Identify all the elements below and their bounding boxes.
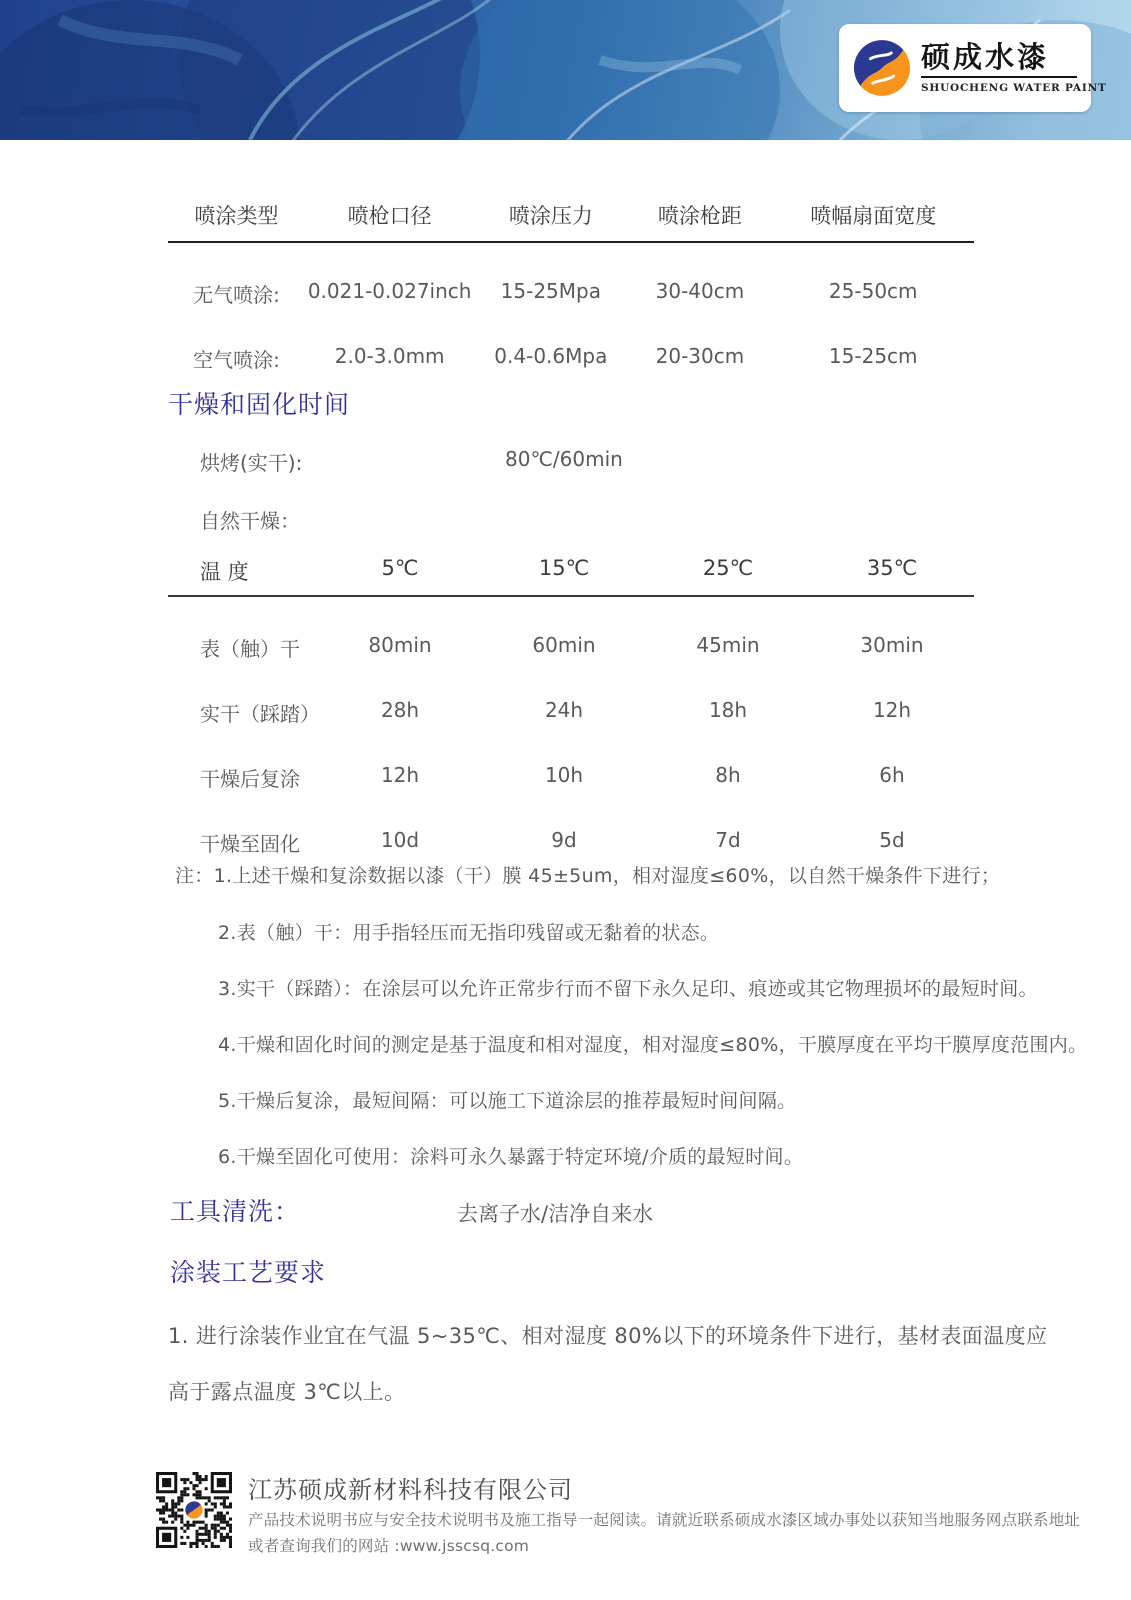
spray-cell: 15-25cm	[772, 344, 974, 373]
temp-col-header: 25℃	[646, 556, 810, 586]
spray-col-header: 喷幅扇面宽度	[772, 200, 974, 230]
spray-col-header: 喷涂类型	[168, 200, 305, 230]
footer-company-name: 江苏硕成新材料科技有限公司	[248, 1470, 573, 1505]
natural-dry-label: 自然干燥：	[200, 505, 300, 534]
temp-cell: 45min	[646, 633, 810, 662]
table-row: 干燥后复涂 12h 10h 8h 6h	[168, 763, 974, 792]
temp-col-header: 5℃	[318, 556, 482, 586]
temperature-table: 温 度 5℃ 15℃ 25℃ 35℃ 表（触）干 80min 60min 45m…	[168, 556, 974, 857]
qr-code	[156, 1472, 232, 1548]
tool-cleaning-value: 去离子水/洁净自来水	[457, 1198, 653, 1228]
header-banner: 硕成水漆 SHUOCHENG WATER PAINT	[0, 0, 1131, 140]
temp-cell: 28h	[318, 698, 482, 727]
bake-dry-label: 烘烤(实干):	[200, 447, 302, 476]
table-row: 空气喷涂: 2.0-3.0mm 0.4-0.6Mpa 20-30cm 15-25…	[168, 344, 974, 373]
temp-cell: 24h	[482, 698, 646, 727]
section-title-process: 涂装工艺要求	[170, 1253, 326, 1289]
spray-cell: 0.4-0.6Mpa	[474, 344, 627, 373]
spray-cell: 20-30cm	[627, 344, 772, 373]
note-line-1: 注：1.上述干燥和复涂数据以漆（干）膜 45±5um，相对湿度≤60%，以自然干…	[175, 861, 1000, 888]
brand-name-en: SHUOCHENG WATER PAINT	[921, 82, 1077, 94]
spray-cell: 2.0-3.0mm	[305, 344, 474, 373]
temp-col-header: 温 度	[168, 556, 318, 586]
note-line-5: 5.干燥后复涂，最短间隔：可以施工下道涂层的推荐最短时间间隔。	[218, 1086, 796, 1113]
spray-cell: 无气喷涂:	[168, 279, 305, 308]
note-line-4: 4.干燥和固化时间的测定是基于温度和相对湿度，相对湿度≤80%，干膜厚度在平均干…	[218, 1030, 1087, 1057]
spray-col-header: 喷涂压力	[474, 200, 627, 230]
temp-cell: 6h	[810, 763, 974, 792]
spray-table-header-row: 喷涂类型 喷枪口径 喷涂压力 喷涂枪距 喷幅扇面宽度	[168, 200, 974, 243]
notes-prefix: 注：	[175, 865, 214, 887]
note-text: 1.上述干燥和复涂数据以漆（干）膜 45±5um，相对湿度≤60%，以自然干燥条…	[214, 865, 1001, 887]
temp-cell: 7d	[646, 828, 810, 857]
process-paragraph-line-2: 高于露点温度 3℃以上。	[168, 1376, 405, 1406]
qr-center-logo-icon	[184, 1500, 204, 1520]
table-row: 干燥至固化 10d 9d 7d 5d	[168, 828, 974, 857]
temp-cell: 80min	[318, 633, 482, 662]
brand-logo-box: 硕成水漆 SHUOCHENG WATER PAINT	[839, 24, 1091, 112]
temp-cell: 12h	[810, 698, 974, 727]
brand-name-cn: 硕成水漆	[921, 42, 1077, 79]
spray-col-header: 喷枪口径	[305, 200, 474, 230]
temp-col-header: 15℃	[482, 556, 646, 586]
temp-cell: 30min	[810, 633, 974, 662]
section-title-tool-cleaning: 工具清洗：	[170, 1192, 300, 1228]
temp-col-header: 35℃	[810, 556, 974, 586]
spray-cell: 15-25Mpa	[474, 279, 627, 308]
note-line-2: 2.表（触）干：用手指轻压而无指印残留或无黏着的状态。	[218, 918, 719, 945]
temp-cell: 8h	[646, 763, 810, 792]
temp-cell: 10h	[482, 763, 646, 792]
temp-cell: 干燥至固化	[168, 828, 318, 857]
temp-cell: 10d	[318, 828, 482, 857]
table-row: 无气喷涂: 0.021-0.027inch 15-25Mpa 30-40cm 2…	[168, 279, 974, 308]
temp-cell: 表（触）干	[168, 633, 318, 662]
temp-cell: 5d	[810, 828, 974, 857]
process-paragraph-line-1: 1. 进行涂装作业宜在气温 5~35℃、相对湿度 80%以下的环境条件下进行，基…	[168, 1320, 1047, 1350]
temp-cell: 实干（踩踏）	[168, 698, 318, 727]
spray-cell: 0.021-0.027inch	[305, 279, 474, 308]
temperature-table-header-row: 温 度 5℃ 15℃ 25℃ 35℃	[168, 556, 974, 597]
datasheet-page: 硕成水漆 SHUOCHENG WATER PAINT 喷涂类型 喷枪口径 喷涂压…	[0, 0, 1131, 1600]
brand-text: 硕成水漆 SHUOCHENG WATER PAINT	[921, 42, 1077, 95]
table-row: 实干（踩踏） 28h 24h 18h 12h	[168, 698, 974, 727]
section-title-drying: 干燥和固化时间	[168, 385, 350, 421]
spray-parameters-table: 喷涂类型 喷枪口径 喷涂压力 喷涂枪距 喷幅扇面宽度 无气喷涂: 0.021-0…	[168, 200, 974, 373]
note-line-3: 3.实干（踩踏）：在涂层可以允许正常步行而不留下永久足印、痕迹或其它物理损坏的最…	[218, 974, 1038, 1001]
table-row: 表（触）干 80min 60min 45min 30min	[168, 633, 974, 662]
footer-disclaimer-line-1: 产品技术说明书应与安全技术说明书及施工指导一起阅读。请就近联系硕成水漆区域办事处…	[248, 1508, 1080, 1530]
note-line-6: 6.干燥至固化可使用：涂料可永久暴露于特定环境/介质的最短时间。	[218, 1142, 803, 1169]
bake-dry-value: 80℃/60min	[505, 447, 623, 471]
spray-col-header: 喷涂枪距	[627, 200, 772, 230]
temp-cell: 9d	[482, 828, 646, 857]
temp-cell: 18h	[646, 698, 810, 727]
spray-cell: 25-50cm	[772, 279, 974, 308]
spray-cell: 30-40cm	[627, 279, 772, 308]
temp-cell: 12h	[318, 763, 482, 792]
brand-logo-icon	[853, 39, 911, 97]
temp-cell: 60min	[482, 633, 646, 662]
temp-cell: 干燥后复涂	[168, 763, 318, 792]
footer-disclaimer-line-2: 或者查询我们的网站 :www.jsscsq.com	[248, 1534, 529, 1556]
spray-cell: 空气喷涂:	[168, 344, 305, 373]
